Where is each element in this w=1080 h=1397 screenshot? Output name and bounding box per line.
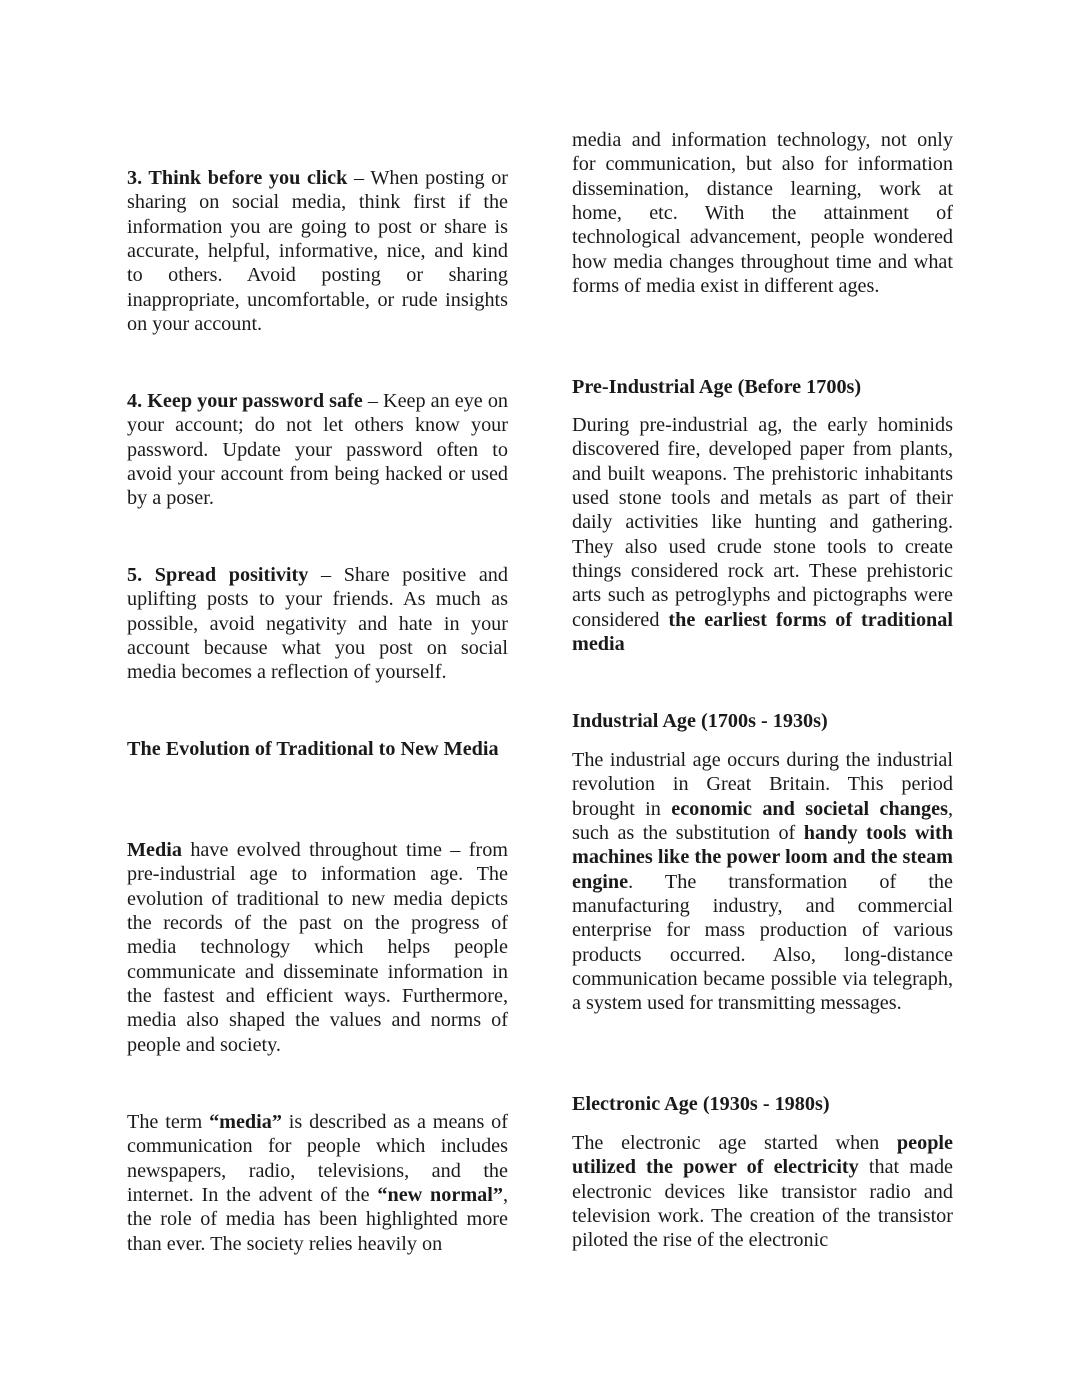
heading-industrial-age: Industrial Age (1700s - 1930s): [572, 709, 953, 733]
tip-title: 5. Spread positivity: [127, 564, 308, 586]
media-term-paragraph: The term “media” is described as a means…: [127, 1110, 508, 1256]
tip-dash: –: [363, 390, 383, 412]
industrial-paragraph: The industrial age occurs during the ind…: [572, 748, 953, 1016]
section-heading-evolution: The Evolution of Traditional to New Medi…: [127, 737, 508, 761]
text-segment: The term: [127, 1111, 209, 1133]
text-segment: . The transformation of the manufacturin…: [572, 871, 953, 1015]
tip-dash: –: [308, 564, 343, 586]
electronic-paragraph: The electronic age started when people u…: [572, 1131, 953, 1253]
tip-dash: –: [347, 167, 370, 189]
tip-keep-password-safe: 4. Keep your password safe – Keep an eye…: [127, 389, 508, 511]
bold-economic-changes: economic and societal changes: [671, 798, 948, 820]
tip-title: 4. Keep your password safe: [127, 390, 363, 412]
pre-industrial-paragraph: During pre-industrial ag, the early homi…: [572, 413, 953, 656]
bold-term-media: “media”: [209, 1111, 282, 1133]
heading-pre-industrial-age: Pre-Industrial Age (Before 1700s): [572, 375, 953, 399]
tip-body: When posting or sharing on social media,…: [127, 167, 508, 335]
tip-think-before-you-click: 3. Think before you click – When posting…: [127, 166, 508, 336]
document-page: 3. Think before you click – When posting…: [0, 0, 1080, 1397]
tip-spread-positivity: 5. Spread positivity – Share positive an…: [127, 563, 508, 685]
heading-electronic-age: Electronic Age (1930s - 1980s): [572, 1092, 953, 1116]
paragraph-body: have evolved throughout time – from pre-…: [127, 839, 508, 1056]
paragraph-body: During pre-industrial ag, the early homi…: [572, 414, 953, 631]
continuation-paragraph: media and information technology, not on…: [572, 128, 953, 298]
media-evolution-paragraph: Media have evolved throughout time – fro…: [127, 838, 508, 1057]
text-segment: The electronic age started when: [572, 1132, 897, 1154]
tip-title: 3. Think before you click: [127, 167, 347, 189]
bold-lead: Media: [127, 839, 182, 861]
bold-term-new-normal: “new normal”: [377, 1184, 503, 1206]
